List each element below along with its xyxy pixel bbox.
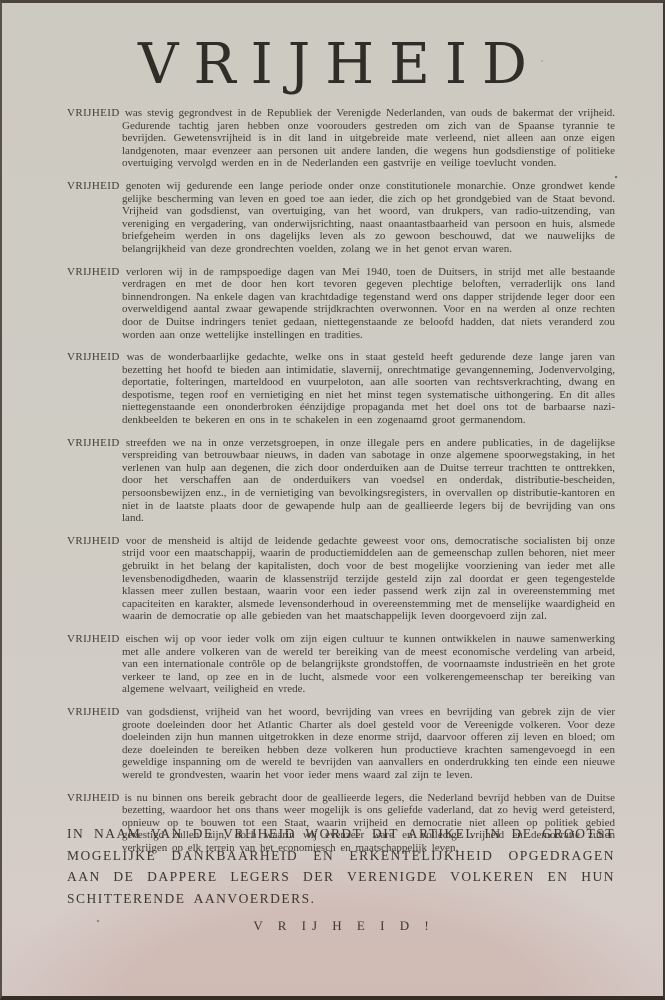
- paragraph: VRIJHEID verloren wij in de rampspoedige…: [67, 266, 615, 342]
- paragraph-lead-word: VRIJHEID: [67, 437, 120, 449]
- paragraph-text: voor de mensheid is altijd de leidende g…: [122, 535, 615, 623]
- paragraph: VRIJHEID van godsdienst, vrijheid van he…: [67, 706, 615, 782]
- paragraph-text: was de wonderbaarlijke gedachte, welke o…: [122, 351, 615, 426]
- paragraph-lead-word: VRIJHEID: [67, 792, 120, 804]
- paragraph-text: genoten wij gedurende een lange periode …: [122, 180, 615, 255]
- paragraph: VRIJHEID genoten wij gedurende een lange…: [67, 180, 615, 256]
- article-body: VRIJHEID was stevig gegrondvest in de Re…: [67, 107, 615, 864]
- paragraph-text: eischen wij op voor ieder volk om zijn e…: [122, 633, 615, 695]
- paragraph-lead-word: VRIJHEID: [67, 706, 120, 718]
- paragraph: VRIJHEID was stevig gegrondvest in de Re…: [67, 107, 615, 170]
- page-title: VRIJHEID: [2, 37, 663, 93]
- paragraph: VRIJHEID voor de mensheid is altijd de l…: [67, 535, 615, 623]
- paragraph-text: was stevig gegrondvest in de Republiek d…: [122, 107, 615, 169]
- paragraph-lead-word: VRIJHEID: [67, 633, 120, 645]
- paragraph-lead-word: VRIJHEID: [67, 180, 120, 192]
- paragraph-text: streefden we na in onze verzetsgroepen, …: [122, 437, 615, 525]
- paragraph-lead-word: VRIJHEID: [67, 107, 120, 119]
- document-page: VRIJHEID VRIJHEID was stevig gegrondvest…: [0, 0, 665, 1000]
- paragraph-text: van godsdienst, vrijheid van het woord, …: [122, 706, 615, 781]
- dedication-text: IN NAAM VAN DE VRIJHEID WORDT DIT ARTIKE…: [67, 823, 615, 909]
- paragraph: VRIJHEID was de wonderbaarlijke gedachte…: [67, 351, 615, 427]
- paragraph: VRIJHEID eischen wij op voor ieder volk …: [67, 633, 615, 696]
- paragraph-lead-word: VRIJHEID: [67, 351, 120, 363]
- paragraph: VRIJHEID streefden we na in onze verzets…: [67, 437, 615, 525]
- closing-exclamation: V R IJ H E I D !: [67, 918, 615, 934]
- paragraph-text: verloren wij in de rampspoedige dagen va…: [122, 266, 615, 341]
- paragraph-lead-word: VRIJHEID: [67, 535, 120, 547]
- paragraph-lead-word: VRIJHEID: [67, 266, 120, 278]
- footer-block: IN NAAM VAN DE VRIJHEID WORDT DIT ARTIKE…: [67, 807, 615, 934]
